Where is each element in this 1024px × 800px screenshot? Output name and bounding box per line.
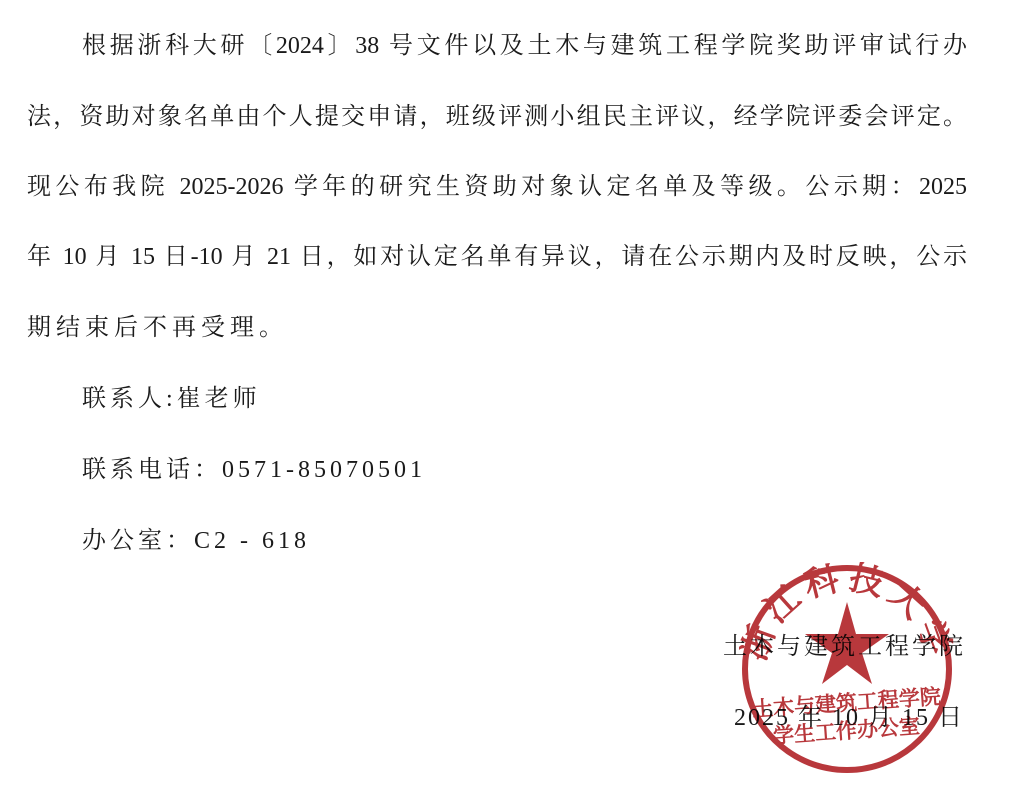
paragraph-line-2: 法，资助对象名单由个人提交申请，班级评测小组民主评议，经学院评委会评定。 (27, 102, 967, 132)
official-seal-stamp: 浙江科技大学 土木与建筑工程学院 学生工作办公室 (739, 562, 955, 776)
stamp-inner-line-2: 学生工作办公室 (772, 714, 920, 748)
document-page: 根据浙科大研〔2024〕38 号文件以及土木与建筑工程学院奖助评审试行办 法，资… (0, 0, 1024, 800)
paragraph-line-5: 期结束后不再受理。 (27, 313, 288, 343)
paragraph-line-4: 年 10 月 15 日-10 月 21 日，如对认定名单有异议，请在公示期内及时… (27, 242, 967, 272)
star-icon (805, 602, 889, 684)
paragraph-line-3: 现公布我院 2025-2026 学年的研究生资助对象认定名单及等级。公示期：20… (27, 172, 967, 202)
contact-person: 联系人:崔老师 (82, 384, 261, 414)
paragraph-line-1: 根据浙科大研〔2024〕38 号文件以及土木与建筑工程学院奖助评审试行办 (82, 31, 967, 61)
contact-phone: 联系电话：0571-85070501 (82, 455, 426, 485)
contact-office: 办公室：C2 - 618 (82, 526, 310, 556)
